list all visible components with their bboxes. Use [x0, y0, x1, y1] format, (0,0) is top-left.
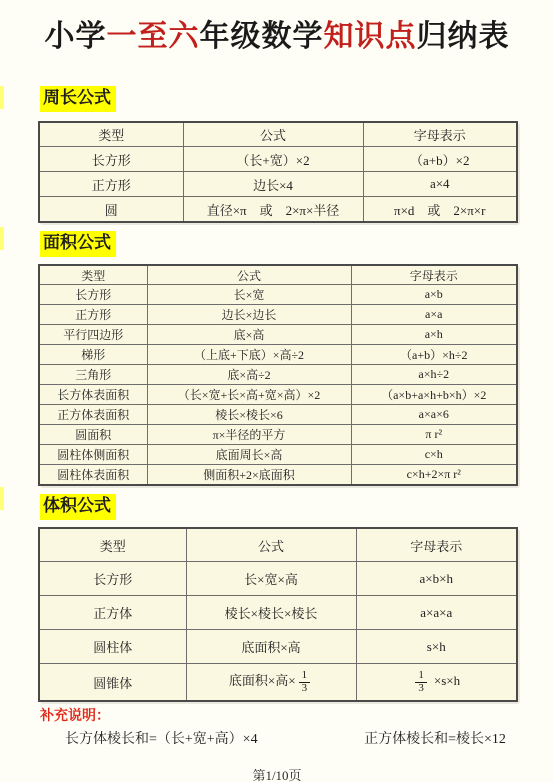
page-title: 小学一至六年级数学知识点归纳表 — [0, 0, 554, 58]
notes-heading: 补充说明： — [40, 709, 554, 725]
fraction-numerator: 1 — [299, 670, 311, 682]
title-segment: 归纳表 — [417, 20, 510, 53]
table-header-row: 类型 公式 字母表示 — [39, 122, 517, 147]
area-table: 类型 公式 字母表示 长方形 长×宽 a×b 正方形 边长×边长 a×a 平行四… — [38, 264, 518, 486]
formula-text: 底面积×高× — [229, 673, 296, 688]
cell-formula: π×半径的平方 — [147, 425, 351, 445]
cell-letters: c×h — [351, 445, 517, 465]
cell-formula: 底面周长×高 — [147, 445, 351, 465]
cell-letters: a×h — [351, 325, 517, 345]
cell-letters: （a+b）×2 — [363, 147, 517, 172]
cell-formula: 棱长×棱长×棱长 — [186, 596, 356, 630]
cell-type: 圆 — [39, 197, 183, 222]
cell-formula: 长×宽×高 — [186, 562, 356, 596]
fraction-one-third: 13 — [415, 670, 427, 694]
section-area: 面积公式 — [40, 231, 554, 257]
column-header-formula: 公式 — [147, 265, 351, 285]
section-volume: 体积公式 — [40, 494, 554, 520]
cell-formula: 底×高 — [147, 325, 351, 345]
cell-formula: 底×高÷2 — [147, 365, 351, 385]
table-row: 圆柱体 底面积×高 s×h — [39, 630, 517, 664]
cell-type: 圆面积 — [39, 425, 147, 445]
cell-formula: 直径×π 或 2×π×半径 — [183, 197, 363, 222]
table-row: 长方形 （长+宽）×2 （a+b）×2 — [39, 147, 517, 172]
cell-type: 圆柱体侧面积 — [39, 445, 147, 465]
column-header-formula: 公式 — [183, 122, 363, 147]
cell-type: 三角形 — [39, 365, 147, 385]
table-row: 平行四边形 底×高 a×h — [39, 325, 517, 345]
note-item: 长方体棱长和=（长+宽+高）×4 — [65, 732, 258, 747]
cell-letters: s×h — [356, 630, 517, 664]
cell-letters: （a×b+a×h+b×h）×2 — [351, 385, 517, 405]
cell-letters: （a+b）×h÷2 — [351, 345, 517, 365]
section-volume-label: 体积公式 — [40, 494, 116, 520]
cell-formula: （长×宽+长×高+宽×高）×2 — [147, 385, 351, 405]
cell-formula: 边长×边长 — [147, 305, 351, 325]
document-page: 小学一至六年级数学知识点归纳表 周长公式 类型 公式 字母表示 长方形 （长+宽… — [0, 0, 554, 782]
column-header-formula: 公式 — [186, 528, 356, 562]
cell-type: 长方形 — [39, 147, 183, 172]
table-row: 长方形 长×宽 a×b — [39, 285, 517, 305]
cell-letters: a×a×a — [356, 596, 517, 630]
cell-letters: a×4 — [363, 172, 517, 197]
cell-type: 正方形 — [39, 305, 147, 325]
table-row: 圆柱体侧面积 底面周长×高 c×h — [39, 445, 517, 465]
cell-type: 正方体表面积 — [39, 405, 147, 425]
table-row: 正方体 棱长×棱长×棱长 a×a×a — [39, 596, 517, 630]
scan-edge-artifact — [0, 487, 4, 510]
cell-type: 平行四边形 — [39, 325, 147, 345]
cell-letters: π r² — [351, 425, 517, 445]
cell-type: 圆柱体 — [39, 630, 186, 664]
cell-letters: a×a — [351, 305, 517, 325]
cell-letters: a×a×6 — [351, 405, 517, 425]
section-area-label: 面积公式 — [40, 231, 116, 257]
table-header-row: 类型 公式 字母表示 — [39, 265, 517, 285]
column-header-type: 类型 — [39, 265, 147, 285]
column-header-letters: 字母表示 — [363, 122, 517, 147]
table-row: 三角形 底×高÷2 a×h÷2 — [39, 365, 517, 385]
table-row: 长方形 长×宽×高 a×b×h — [39, 562, 517, 596]
perimeter-table: 类型 公式 字母表示 长方形 （长+宽）×2 （a+b）×2 正方形 边长×4 … — [38, 121, 518, 223]
cell-formula: 侧面积+2×底面积 — [147, 465, 351, 485]
page-footer: 第1/10页 — [0, 765, 554, 782]
column-header-letters: 字母表示 — [356, 528, 517, 562]
column-header-type: 类型 — [39, 528, 186, 562]
cell-type: 正方体 — [39, 596, 186, 630]
notes-section: 补充说明： 长方体棱长和=（长+宽+高）×4 正方体棱长和=棱长×12 — [40, 709, 554, 748]
table-row: 正方体表面积 棱长×棱长×6 a×a×6 — [39, 405, 517, 425]
title-segment: 年级数学 — [200, 20, 324, 53]
table-row-cone: 圆锥体 底面积×高×13 13×s×h — [39, 664, 517, 701]
column-header-letters: 字母表示 — [351, 265, 517, 285]
cell-type: 长方形 — [39, 285, 147, 305]
cell-formula: 长×宽 — [147, 285, 351, 305]
fraction-denominator: 3 — [415, 682, 427, 695]
table-row: 圆柱体表面积 侧面积+2×底面积 c×h+2×π r² — [39, 465, 517, 485]
cell-letters: a×b — [351, 285, 517, 305]
volume-table: 类型 公式 字母表示 长方形 长×宽×高 a×b×h 正方体 棱长×棱长×棱长 … — [38, 527, 518, 702]
cell-formula: （长+宽）×2 — [183, 147, 363, 172]
cell-type: 圆锥体 — [39, 664, 186, 701]
scan-edge-artifact — [0, 86, 4, 109]
cell-letters: c×h+2×π r² — [351, 465, 517, 485]
cell-type: 圆柱体表面积 — [39, 465, 147, 485]
column-header-type: 类型 — [39, 122, 183, 147]
scan-edge-artifact — [0, 227, 4, 250]
cell-formula: （上底+下底）×高÷2 — [147, 345, 351, 365]
cell-type: 长方体表面积 — [39, 385, 147, 405]
cell-letters: a×b×h — [356, 562, 517, 596]
title-segment-red: 知识点 — [324, 20, 417, 53]
title-segment: 小学 — [45, 20, 107, 53]
table-row: 圆 直径×π 或 2×π×半径 π×d 或 2×π×r — [39, 197, 517, 222]
fraction-one-third: 13 — [299, 670, 311, 694]
fraction-denominator: 3 — [299, 682, 311, 695]
cell-type: 梯形 — [39, 345, 147, 365]
cell-formula: 棱长×棱长×6 — [147, 405, 351, 425]
cell-type: 长方形 — [39, 562, 186, 596]
cell-type: 正方形 — [39, 172, 183, 197]
fraction-numerator: 1 — [415, 670, 427, 682]
section-perimeter-label: 周长公式 — [40, 86, 116, 112]
notes-line: 长方体棱长和=（长+宽+高）×4 正方体棱长和=棱长×12 — [40, 728, 554, 748]
cell-letters: π×d 或 2×π×r — [363, 197, 517, 222]
cell-formula: 底面积×高 — [186, 630, 356, 664]
table-row: 长方体表面积 （长×宽+长×高+宽×高）×2 （a×b+a×h+b×h）×2 — [39, 385, 517, 405]
table-row: 正方形 边长×4 a×4 — [39, 172, 517, 197]
table-row: 圆面积 π×半径的平方 π r² — [39, 425, 517, 445]
cell-formula: 边长×4 — [183, 172, 363, 197]
note-item: 正方体棱长和=棱长×12 — [364, 732, 506, 747]
cell-letters: a×h÷2 — [351, 365, 517, 385]
table-row: 梯形 （上底+下底）×高÷2 （a+b）×h÷2 — [39, 345, 517, 365]
cell-letters: 13×s×h — [356, 664, 517, 701]
cell-formula: 底面积×高×13 — [186, 664, 356, 701]
table-row: 正方形 边长×边长 a×a — [39, 305, 517, 325]
section-perimeter: 周长公式 — [40, 86, 554, 112]
table-header-row: 类型 公式 字母表示 — [39, 528, 517, 562]
letters-text: ×s×h — [434, 673, 460, 688]
title-segment-red: 一至六 — [107, 20, 200, 53]
